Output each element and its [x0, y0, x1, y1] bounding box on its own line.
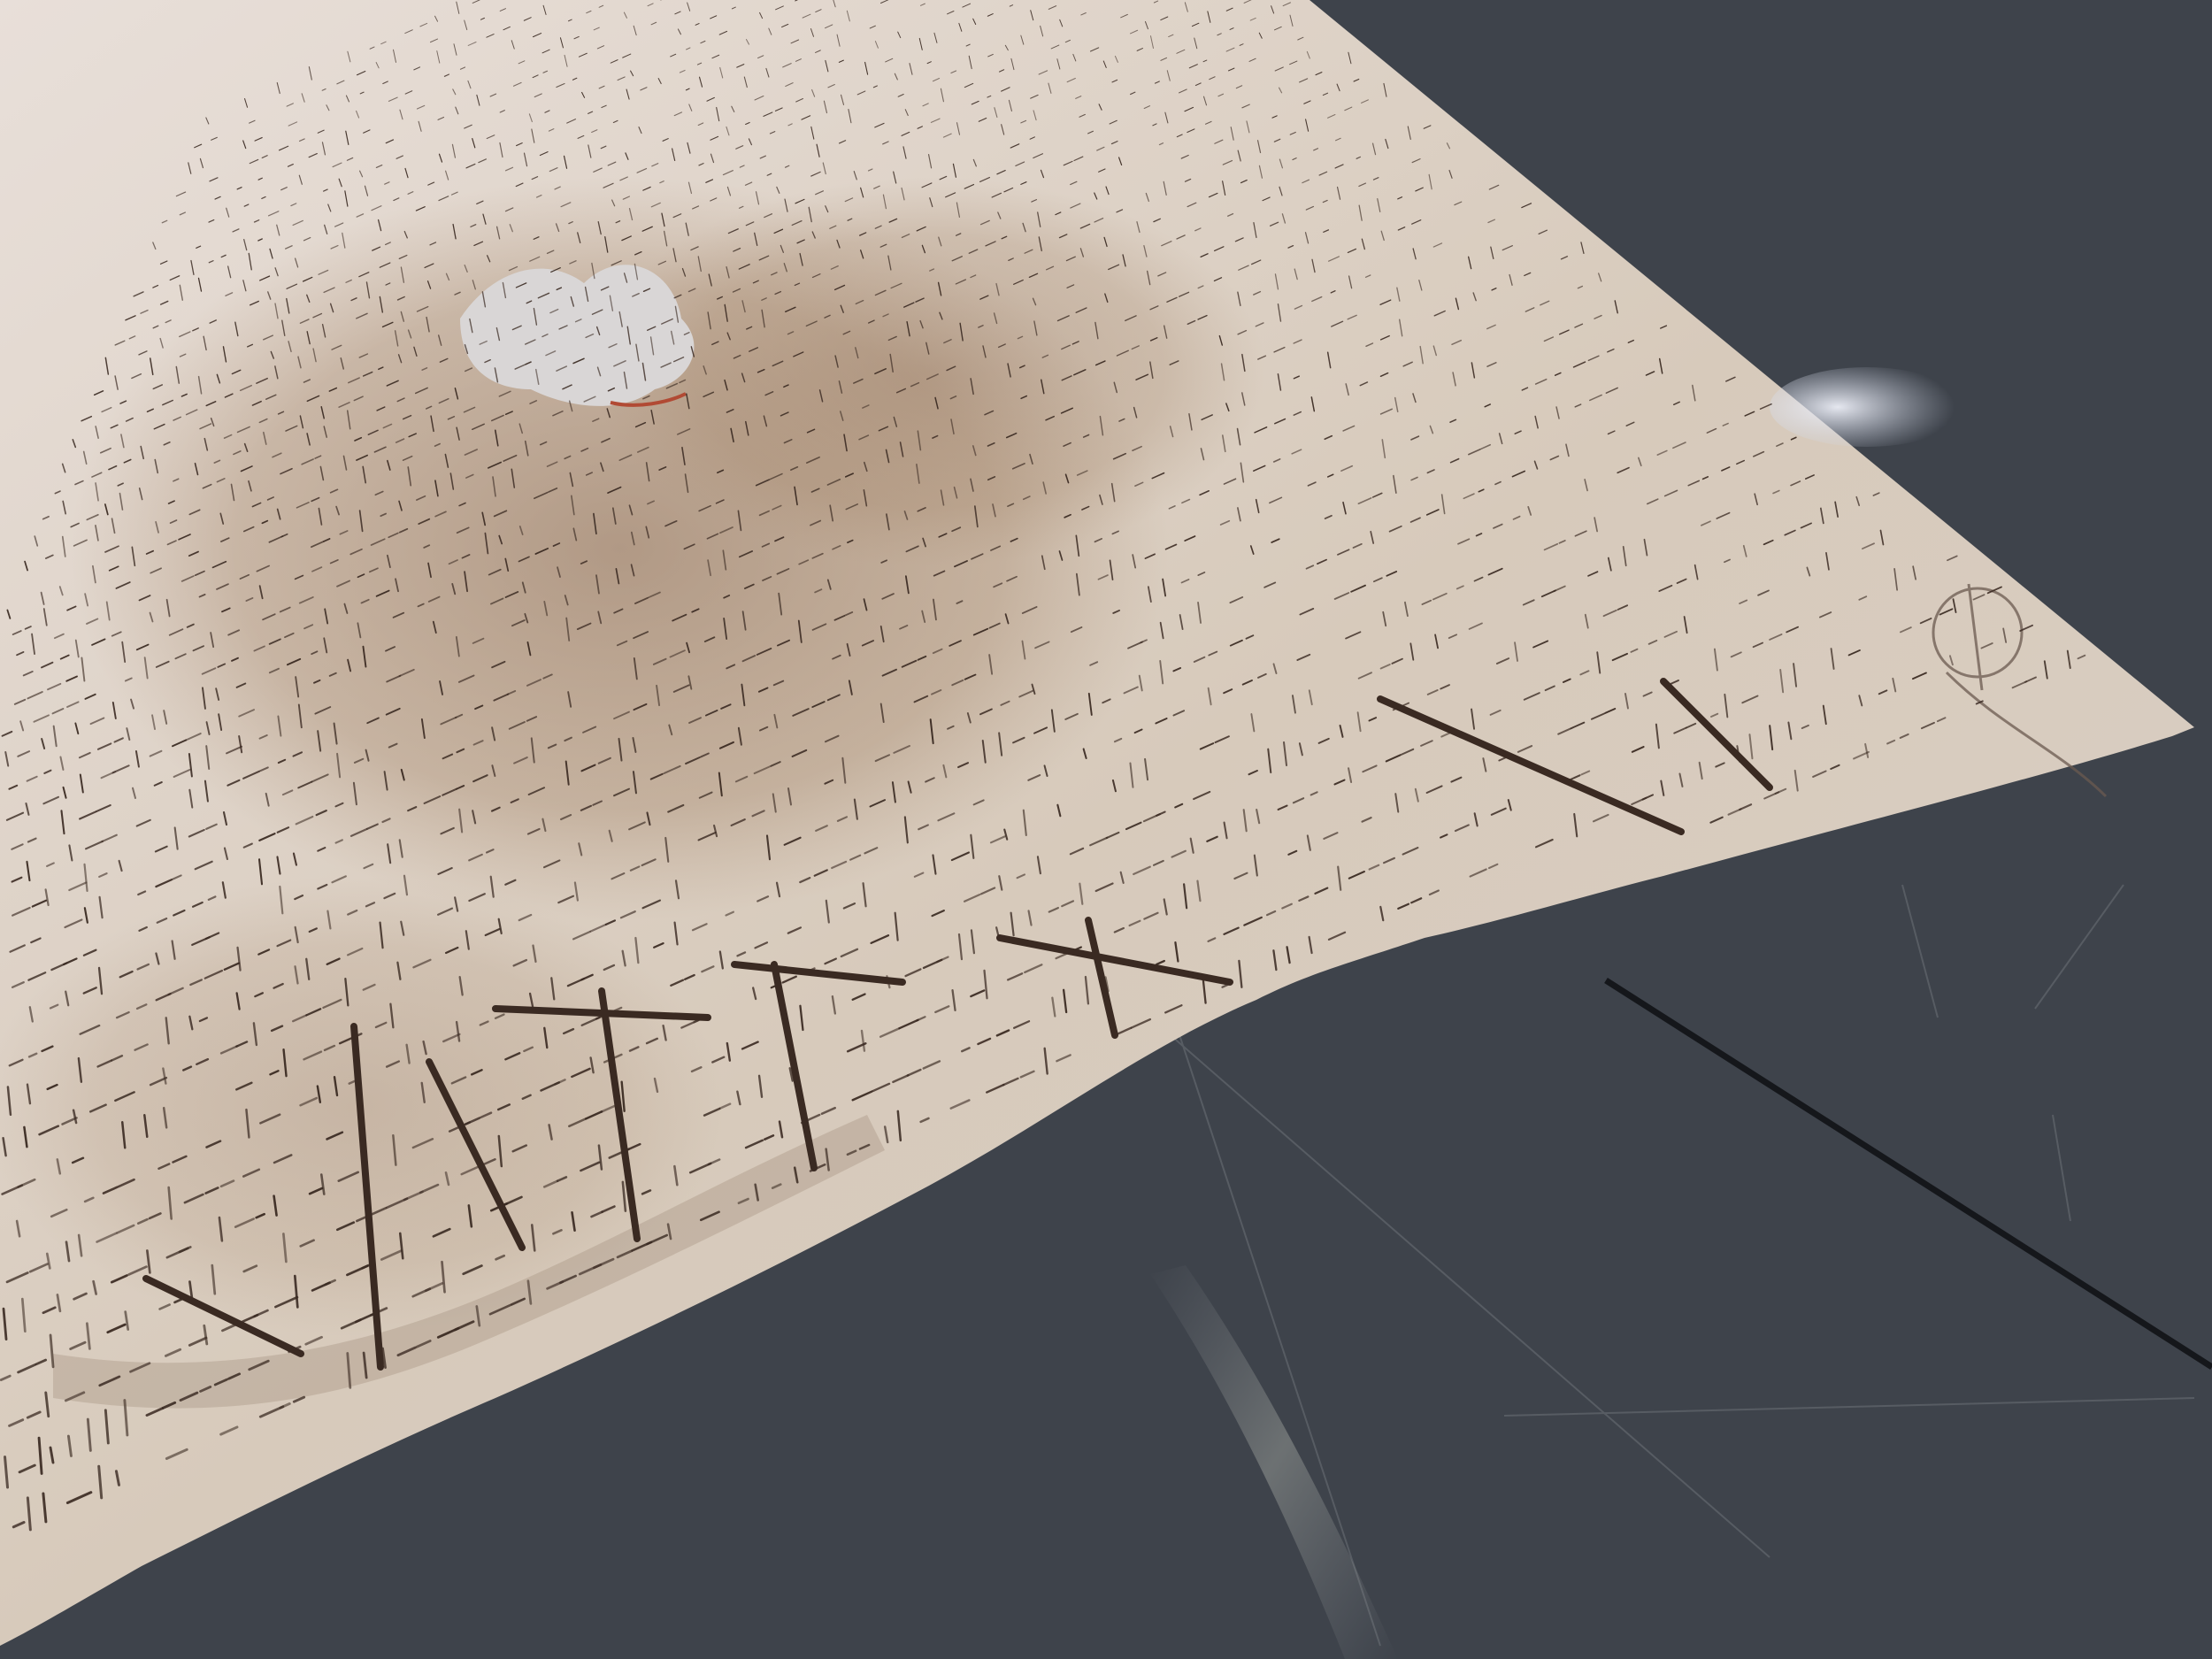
- fiber-fluff: [1770, 367, 1964, 447]
- water-stain: [593, 177, 1265, 566]
- scene-graphic: [0, 0, 2212, 1659]
- photo-scene: Photograph of a medieval parchment chart…: [0, 0, 2212, 1659]
